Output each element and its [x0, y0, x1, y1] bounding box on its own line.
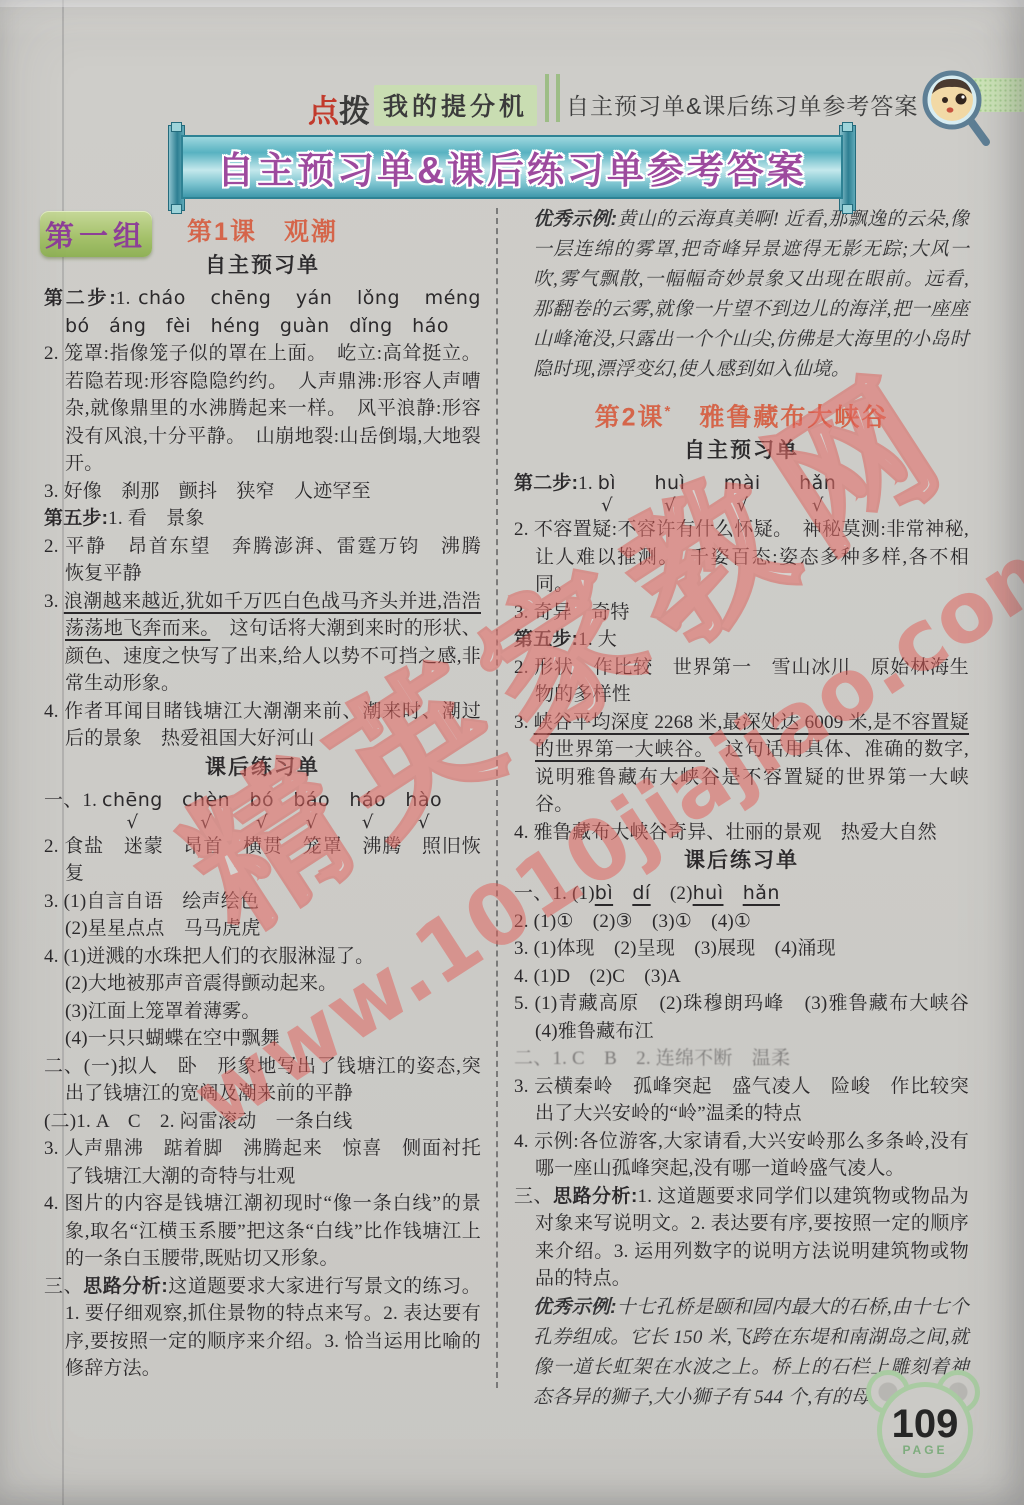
- pinyin-with-checkmark: háo√: [349, 787, 386, 833]
- answer-paragraph: 4. (1)D (2)C (3)A: [514, 963, 969, 991]
- banner-title: 自主预习单&课后练习单参考答案: [217, 140, 807, 194]
- answer-paragraph: 3. 好像 刹那 颤抖 狭窄 人迹罕至: [44, 478, 481, 506]
- answer-paragraph: 第五步:1. 大: [514, 626, 969, 654]
- page-word: PAGE: [902, 1443, 947, 1457]
- brand-logo-dian: 点: [308, 94, 339, 129]
- answer-paragraph: 2. 食盐 迷蒙 昂首 横贯 笼罩 沸腾 照旧恢复: [44, 833, 481, 888]
- answer-paragraph: 5. (1)青藏高原 (2)珠穆朗玛峰 (3)雅鲁藏布大峡谷 (4)雅鲁藏布江: [514, 990, 969, 1045]
- answer-paragraph: 4. 雅鲁藏布大峡谷奇异、壮丽的景观 热爱大自然: [514, 819, 969, 847]
- checkmark-icon: √: [200, 813, 212, 833]
- column-divider: [496, 208, 498, 1388]
- answer-paragraph: 一、1. (1)bì dí (2)huì hǎn: [514, 880, 969, 908]
- pinyin-with-checkmark: bó√: [249, 787, 274, 833]
- answer-paragraph: 3. 峡谷平均深度 2268 米,最深处达 6009 米,是不容置疑的世界第一大…: [514, 709, 969, 819]
- header-divider: [545, 74, 560, 122]
- answer-paragraph: (2)星星点点 马马虎虎: [44, 915, 481, 943]
- bear-page-icon: 109 PAGE: [864, 1370, 986, 1482]
- pinyin-with-checkmark: chèn√: [182, 787, 230, 833]
- product-name: 我的提分机: [374, 85, 537, 126]
- answer-paragraph: 4. 图片的内容是钱塘江潮初现时“像一条白线”的景象,取名“江横玉系腰”把这条“…: [44, 1190, 481, 1273]
- checkmark-icon: √: [362, 813, 374, 833]
- brand-logo-ba: 拨: [339, 94, 370, 129]
- lesson-title: 第2课* 雅鲁藏布大峡谷: [514, 395, 969, 434]
- answer-paragraph: 3. 云横秦岭 孤峰突起 盛气凌人 险峻 作比较突出了大兴安岭的“岭”温柔的特点: [514, 1073, 969, 1128]
- right-column: 优秀示例:黄山的云海真美啊! 近看,那飘逸的云朵,像一层连绵的雾罩,把奇峰异景遮…: [514, 205, 969, 1413]
- section-title: 课后练习单: [44, 753, 481, 783]
- group-tab-label: 第一组: [45, 214, 147, 255]
- section-title: 自主预习单: [514, 436, 969, 466]
- page-top-edge: [0, 0, 1024, 7]
- answer-paragraph: 一、1. chēng√ chèn√ bó√ báo√ háo√ hào√: [44, 787, 481, 833]
- answer-paragraph: 3. (1)自言自语 绘声绘色: [44, 888, 481, 916]
- pinyin-with-checkmark: hǎn√: [799, 470, 836, 516]
- checkmark-icon: √: [736, 496, 748, 516]
- answer-paragraph: 二、1. C B 2. 连绵不断 温柔: [514, 1045, 969, 1073]
- left-column: 第1课 观潮自主预习单第二步:1. cháo chēng yán lǒng mé…: [44, 205, 481, 1383]
- answer-paragraph: 4. 作者耳闻目睹钱塘江大潮潮来前、潮来时、潮过后的景象 热爱祖国大好河山: [44, 698, 481, 753]
- answer-paragraph: (3)江面上笼罩着薄雾。: [44, 998, 481, 1026]
- header-title: 自主预习单&课后练习单参考答案: [566, 88, 918, 121]
- answer-paragraph: 第二步:1. bì√ huì√ mài√ hǎn√: [514, 470, 969, 516]
- title-banner: 自主预习单&课后练习单参考答案: [168, 132, 856, 202]
- pinyin-with-checkmark: mài√: [724, 470, 761, 516]
- magnifier-mascot-icon: [916, 66, 1000, 162]
- answer-paragraph: 2. (1)① (2)③ (3)① (4)①: [514, 908, 969, 936]
- pinyin-with-checkmark: huì√: [655, 470, 686, 516]
- answer-paragraph: 4. (1)迸溅的水珠把人们的衣服淋湿了。: [44, 943, 481, 971]
- answer-paragraph: 3. (1)体现 (2)呈现 (3)展现 (4)涌现: [514, 935, 969, 963]
- answer-paragraph: 二、(一)拟人 卧 形象地写出了钱塘江的姿态,突出了钱塘江的宽阔及潮来前的平静: [44, 1053, 481, 1108]
- group-tab: 第一组: [40, 211, 152, 257]
- answer-paragraph: 2. 笼罩:指像笼子似的罩在上面。 屹立:高耸挺立。若隐若现:形容隐隐约约。 人…: [44, 340, 481, 478]
- answer-paragraph: 2. 形状 作比较 世界第一 雪山冰川 原始林海生物的多样性: [514, 654, 969, 709]
- pinyin-with-checkmark: bì√: [598, 470, 616, 516]
- answer-paragraph: 2. 平静 昂首东望 奔腾澎湃、雷霆万钧 沸腾 恢复平静: [44, 533, 481, 588]
- pinyin-with-checkmark: chēng√: [102, 787, 163, 833]
- page-number: 109: [892, 1404, 959, 1444]
- answer-paragraph: 3. 人声鼎沸 踮着脚 沸腾起来 惊喜 侧面衬托了钱塘江大潮的奇特与壮观: [44, 1135, 481, 1190]
- checkmark-icon: √: [256, 813, 268, 833]
- answer-paragraph: 三、思路分析:这道题要求大家进行写景文的练习。1. 要仔细观察,抓住景物的特点来…: [44, 1273, 481, 1383]
- answer-paragraph: 3. 奇异 奇特: [514, 599, 969, 627]
- answer-paragraph: (二)1. A C 2. 闷雷滚动 一条白线: [44, 1108, 481, 1136]
- answer-paragraph: 3. 浪潮越来越近,犹如千万匹白色战马齐头并进,浩浩荡荡地飞奔而来。 这句话将大…: [44, 588, 481, 698]
- checkmark-icon: √: [306, 813, 318, 833]
- answer-paragraph: 优秀示例:黄山的云海真美啊! 近看,那飘逸的云朵,像一层连绵的雾罩,把奇峰异景遮…: [514, 205, 969, 385]
- checkmark-icon: √: [664, 496, 676, 516]
- checkmark-icon: √: [127, 813, 139, 833]
- section-title: 课后练习单: [514, 846, 969, 876]
- page-header: 点拨 我的提分机 自主预习单&课后练习单参考答案: [0, 0, 1024, 130]
- checkmark-icon: √: [601, 496, 613, 516]
- answer-paragraph: 第五步:1. 看 景象: [44, 505, 481, 533]
- pinyin-with-checkmark: báo√: [293, 787, 330, 833]
- checkmark-icon: √: [418, 813, 430, 833]
- checkmark-icon: √: [812, 496, 824, 516]
- answer-paragraph: (4)一只只蝴蝶在空中飘舞: [44, 1025, 481, 1053]
- answer-paragraph: 4. 示例:各位游客,大家请看,大兴安岭那么多条岭,没有哪一座山孤峰突起,没有哪…: [514, 1128, 969, 1183]
- banner-bar: 自主预习单&课后练习单参考答案: [181, 135, 843, 199]
- bear-head: 109 PAGE: [877, 1382, 973, 1478]
- pinyin-with-checkmark: hào√: [405, 787, 442, 833]
- answer-paragraph: 三、思路分析:1. 这道题要求同学们以建筑物或物品为对象来写说明文。2. 表达要…: [514, 1183, 969, 1293]
- brand-logo: 点拨: [308, 86, 370, 131]
- answer-paragraph: 第二步:1. cháo chēng yán lǒng méng bó áng f…: [44, 285, 481, 340]
- answer-paragraph: 2. 不容置疑:不容许有什么怀疑。 神秘莫测:非常神秘,让人难以推测。 千姿百态…: [514, 516, 969, 599]
- answer-paragraph: (2)大地被那声音震得颤动起来。: [44, 970, 481, 998]
